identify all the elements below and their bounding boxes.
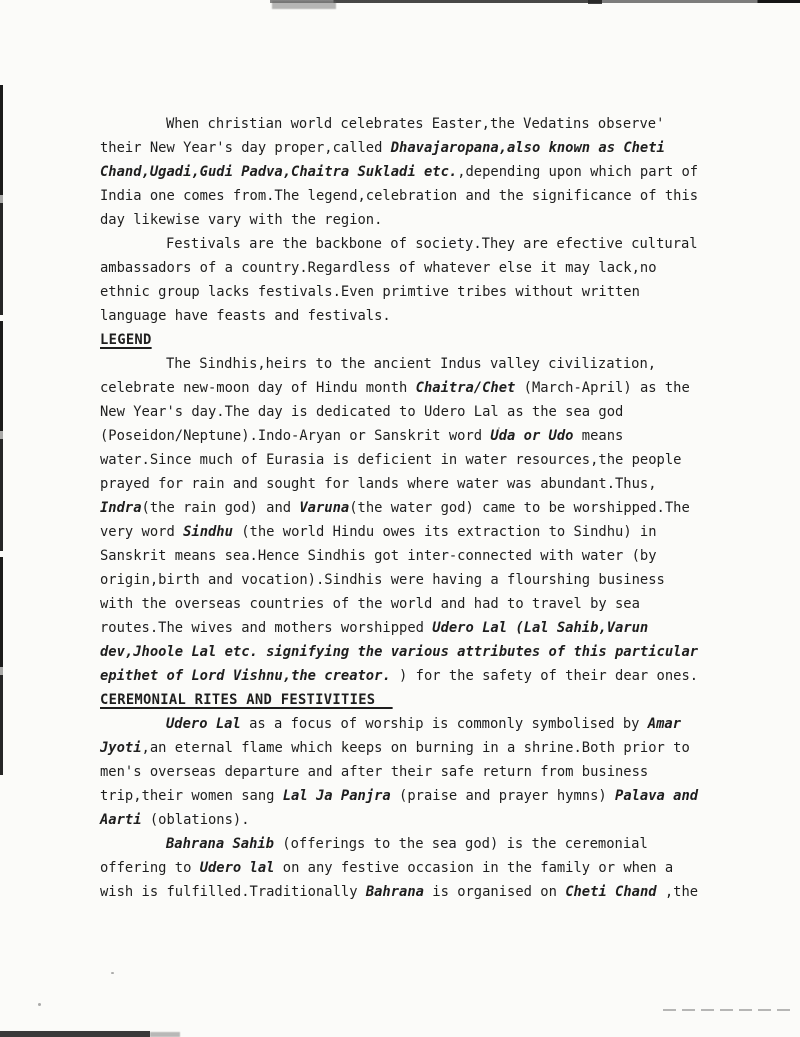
text-segment: language have feasts and festivals. [100,308,391,324]
text-segment: Jyoti [100,740,142,756]
text-segment: Indra [100,500,142,516]
scan-artifact-bottom-bar-tail [150,1032,180,1037]
text-line: epithet of Lord Vishnu,the creator. ) fo… [100,664,760,688]
text-segment: prayed for rain and sought for lands whe… [100,476,657,492]
text-segment: CEREMONIAL RITES AND FESTIVITIES [100,692,393,708]
text-segment: Festivals are the backbone of society.Th… [166,236,698,252]
text-segment: Cheti Chand [565,884,656,900]
text-segment: (offerings to the sea god) is the ceremo… [274,836,648,852]
text-segment: (the rain god) and [142,500,300,516]
text-segment: Palava and [615,788,698,804]
text-segment: New Year's day.The day is dedicated to U… [100,404,623,420]
text-segment: wish is fulfilled.Traditionally [100,884,366,900]
text-line: offering to Udero lal on any festive occ… [100,856,760,880]
scan-artifact-bottom-bar [0,1031,150,1037]
text-segment: Udero Lal [166,716,241,732]
text-segment: celebrate new-moon day of Hindu month [100,380,416,396]
text-segment: When christian world celebrates Easter,t… [166,116,664,132]
text-segment: Sanskrit means sea.Hence Sindhis got int… [100,548,657,564]
text-segment: ethnic group lacks festivals.Even primti… [100,284,640,300]
scan-speck [111,972,114,974]
text-segment: Udero Lal (Lal Sahib,Varun [432,620,648,636]
text-segment: trip,their women sang [100,788,283,804]
text-segment: Bahrana Sahib [166,836,274,852]
text-segment: Sindhu [183,524,233,540]
text-line: trip,their women sang Lal Ja Panjra (pra… [100,784,760,808]
text-segment: Varuna [299,500,349,516]
text-segment: (oblations). [142,812,250,828]
text-line: Udero Lal as a focus of worship is commo… [100,712,760,736]
text-line: day likewise vary with the region. [100,208,760,232]
text-segment: Chand,Ugadi,Gudi Padva,Chaitra Sukladi e… [100,164,457,180]
text-line: very word Sindhu (the world Hindu owes i… [100,520,760,544]
text-segment: water.Since much of Eurasia is deficient… [100,452,681,468]
text-segment: The Sindhis,heirs to the ancient Indus v… [166,356,656,372]
text-segment: on any festive occasion in the family or… [274,860,673,876]
text-segment: as a focus of worship is commonly symbol… [241,716,648,732]
text-segment: ambassadors of a country.Regardless of w… [100,260,657,276]
scan-artifact-top-edge [270,0,800,3]
text-line: The Sindhis,heirs to the ancient Indus v… [100,352,760,376]
text-segment: origin,birth and vocation).Sindhis were … [100,572,665,588]
text-segment: very word [100,524,183,540]
document-text: When christian world celebrates Easter,t… [100,112,760,904]
text-segment: dev,Jhoole Lal etc. signifying the vario… [100,644,698,660]
text-segment: India one comes from.The legend,celebrat… [100,188,698,204]
section-heading: CEREMONIAL RITES AND FESTIVITIES [100,688,760,712]
text-segment: Chaitra/Chet [416,380,516,396]
text-line: prayed for rain and sought for lands whe… [100,472,760,496]
text-line: Bahrana Sahib (offerings to the sea god)… [100,832,760,856]
text-segment: Bahrana [366,884,424,900]
text-segment: means [573,428,623,444]
text-line: language have feasts and festivals. [100,304,760,328]
text-line: men's overseas departure and after their… [100,760,760,784]
text-segment: (Poseidon/Neptune).Indo-Aryan or Sanskri… [100,428,490,444]
scan-artifact-top-smudge [272,1,336,9]
text-line: their New Year's day proper,called Dhava… [100,136,760,160]
text-segment: offering to [100,860,200,876]
text-segment: Amar [648,716,681,732]
text-segment: ,depending upon which part of [457,164,698,180]
text-segment: (praise and prayer hymns) [391,788,615,804]
text-line: origin,birth and vocation).Sindhis were … [100,568,760,592]
text-line: routes.The wives and mothers worshipped … [100,616,760,640]
text-line: (Poseidon/Neptune).Indo-Aryan or Sanskri… [100,424,760,448]
text-line: with the overseas countries of the world… [100,592,760,616]
text-line: ambassadors of a country.Regardless of w… [100,256,760,280]
text-segment: day likewise vary with the region. [100,212,382,228]
text-line: Indra(the rain god) and Varuna(the water… [100,496,760,520]
scanned-page: When christian world celebrates Easter,t… [0,0,800,1037]
text-line: water.Since much of Eurasia is deficient… [100,448,760,472]
text-segment: LEGEND [100,332,152,348]
text-line: Sanskrit means sea.Hence Sindhis got int… [100,544,760,568]
text-segment: their New Year's day proper,called [100,140,391,156]
text-segment: with the overseas countries of the world… [100,596,640,612]
text-line: Festivals are the backbone of society.Th… [100,232,760,256]
text-segment: Udero lal [200,860,275,876]
text-line: Jyoti,an eternal flame which keeps on bu… [100,736,760,760]
text-segment: men's overseas departure and after their… [100,764,648,780]
text-line: India one comes from.The legend,celebrat… [100,184,760,208]
text-line: wish is fulfilled.Traditionally Bahrana … [100,880,760,904]
text-segment: (March-April) as the [515,380,689,396]
scan-speck [38,1003,41,1006]
text-line: ethnic group lacks festivals.Even primti… [100,280,760,304]
text-segment: Aarti [100,812,142,828]
text-segment: ) for the safety of their dear ones. [391,668,698,684]
text-segment: Dhavajaropana,also known as Cheti [391,140,665,156]
text-segment: is organised on [424,884,565,900]
text-line: When christian world celebrates Easter,t… [100,112,760,136]
section-heading: LEGEND [100,328,760,352]
text-line: New Year's day.The day is dedicated to U… [100,400,760,424]
text-segment: epithet of Lord Vishnu,the creator. [100,668,391,684]
scan-artifact-left-edge [0,85,3,775]
scan-artifact-top-blob [588,0,602,4]
text-segment: Lal Ja Panjra [283,788,391,804]
text-line: dev,Jhoole Lal etc. signifying the vario… [100,640,760,664]
text-line: Chand,Ugadi,Gudi Padva,Chaitra Sukladi e… [100,160,760,184]
text-segment: (the world Hindu owes its extraction to … [233,524,657,540]
text-line: celebrate new-moon day of Hindu month Ch… [100,376,760,400]
text-segment: (the water god) came to be worshipped.Th… [349,500,690,516]
text-line: Aarti (oblations). [100,808,760,832]
scan-artifact-dashed-line [663,1009,791,1011]
text-segment: ,the [657,884,699,900]
text-segment: ,an eternal flame which keeps on burning… [142,740,690,756]
text-segment: Uda or Udo [490,428,573,444]
text-segment: routes.The wives and mothers worshipped [100,620,432,636]
